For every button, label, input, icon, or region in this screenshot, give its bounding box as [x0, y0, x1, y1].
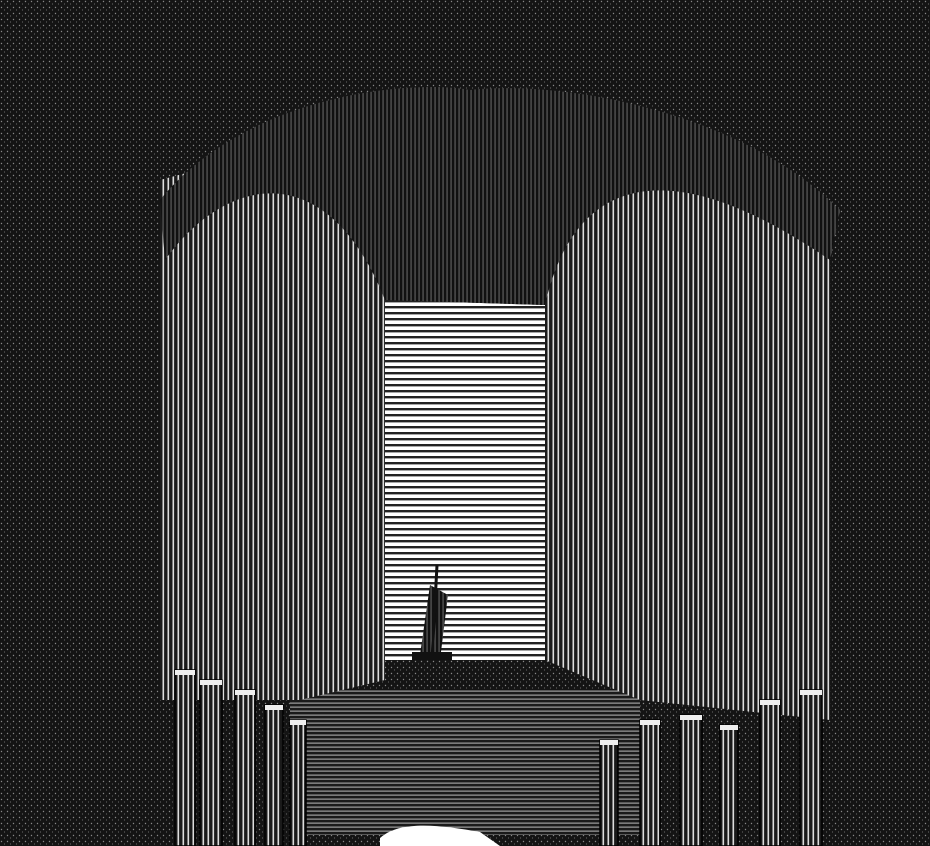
cave-engraving	[0, 0, 930, 846]
sea-opening	[370, 300, 548, 660]
water-channel	[290, 690, 640, 835]
engraving-illustration	[0, 0, 930, 846]
